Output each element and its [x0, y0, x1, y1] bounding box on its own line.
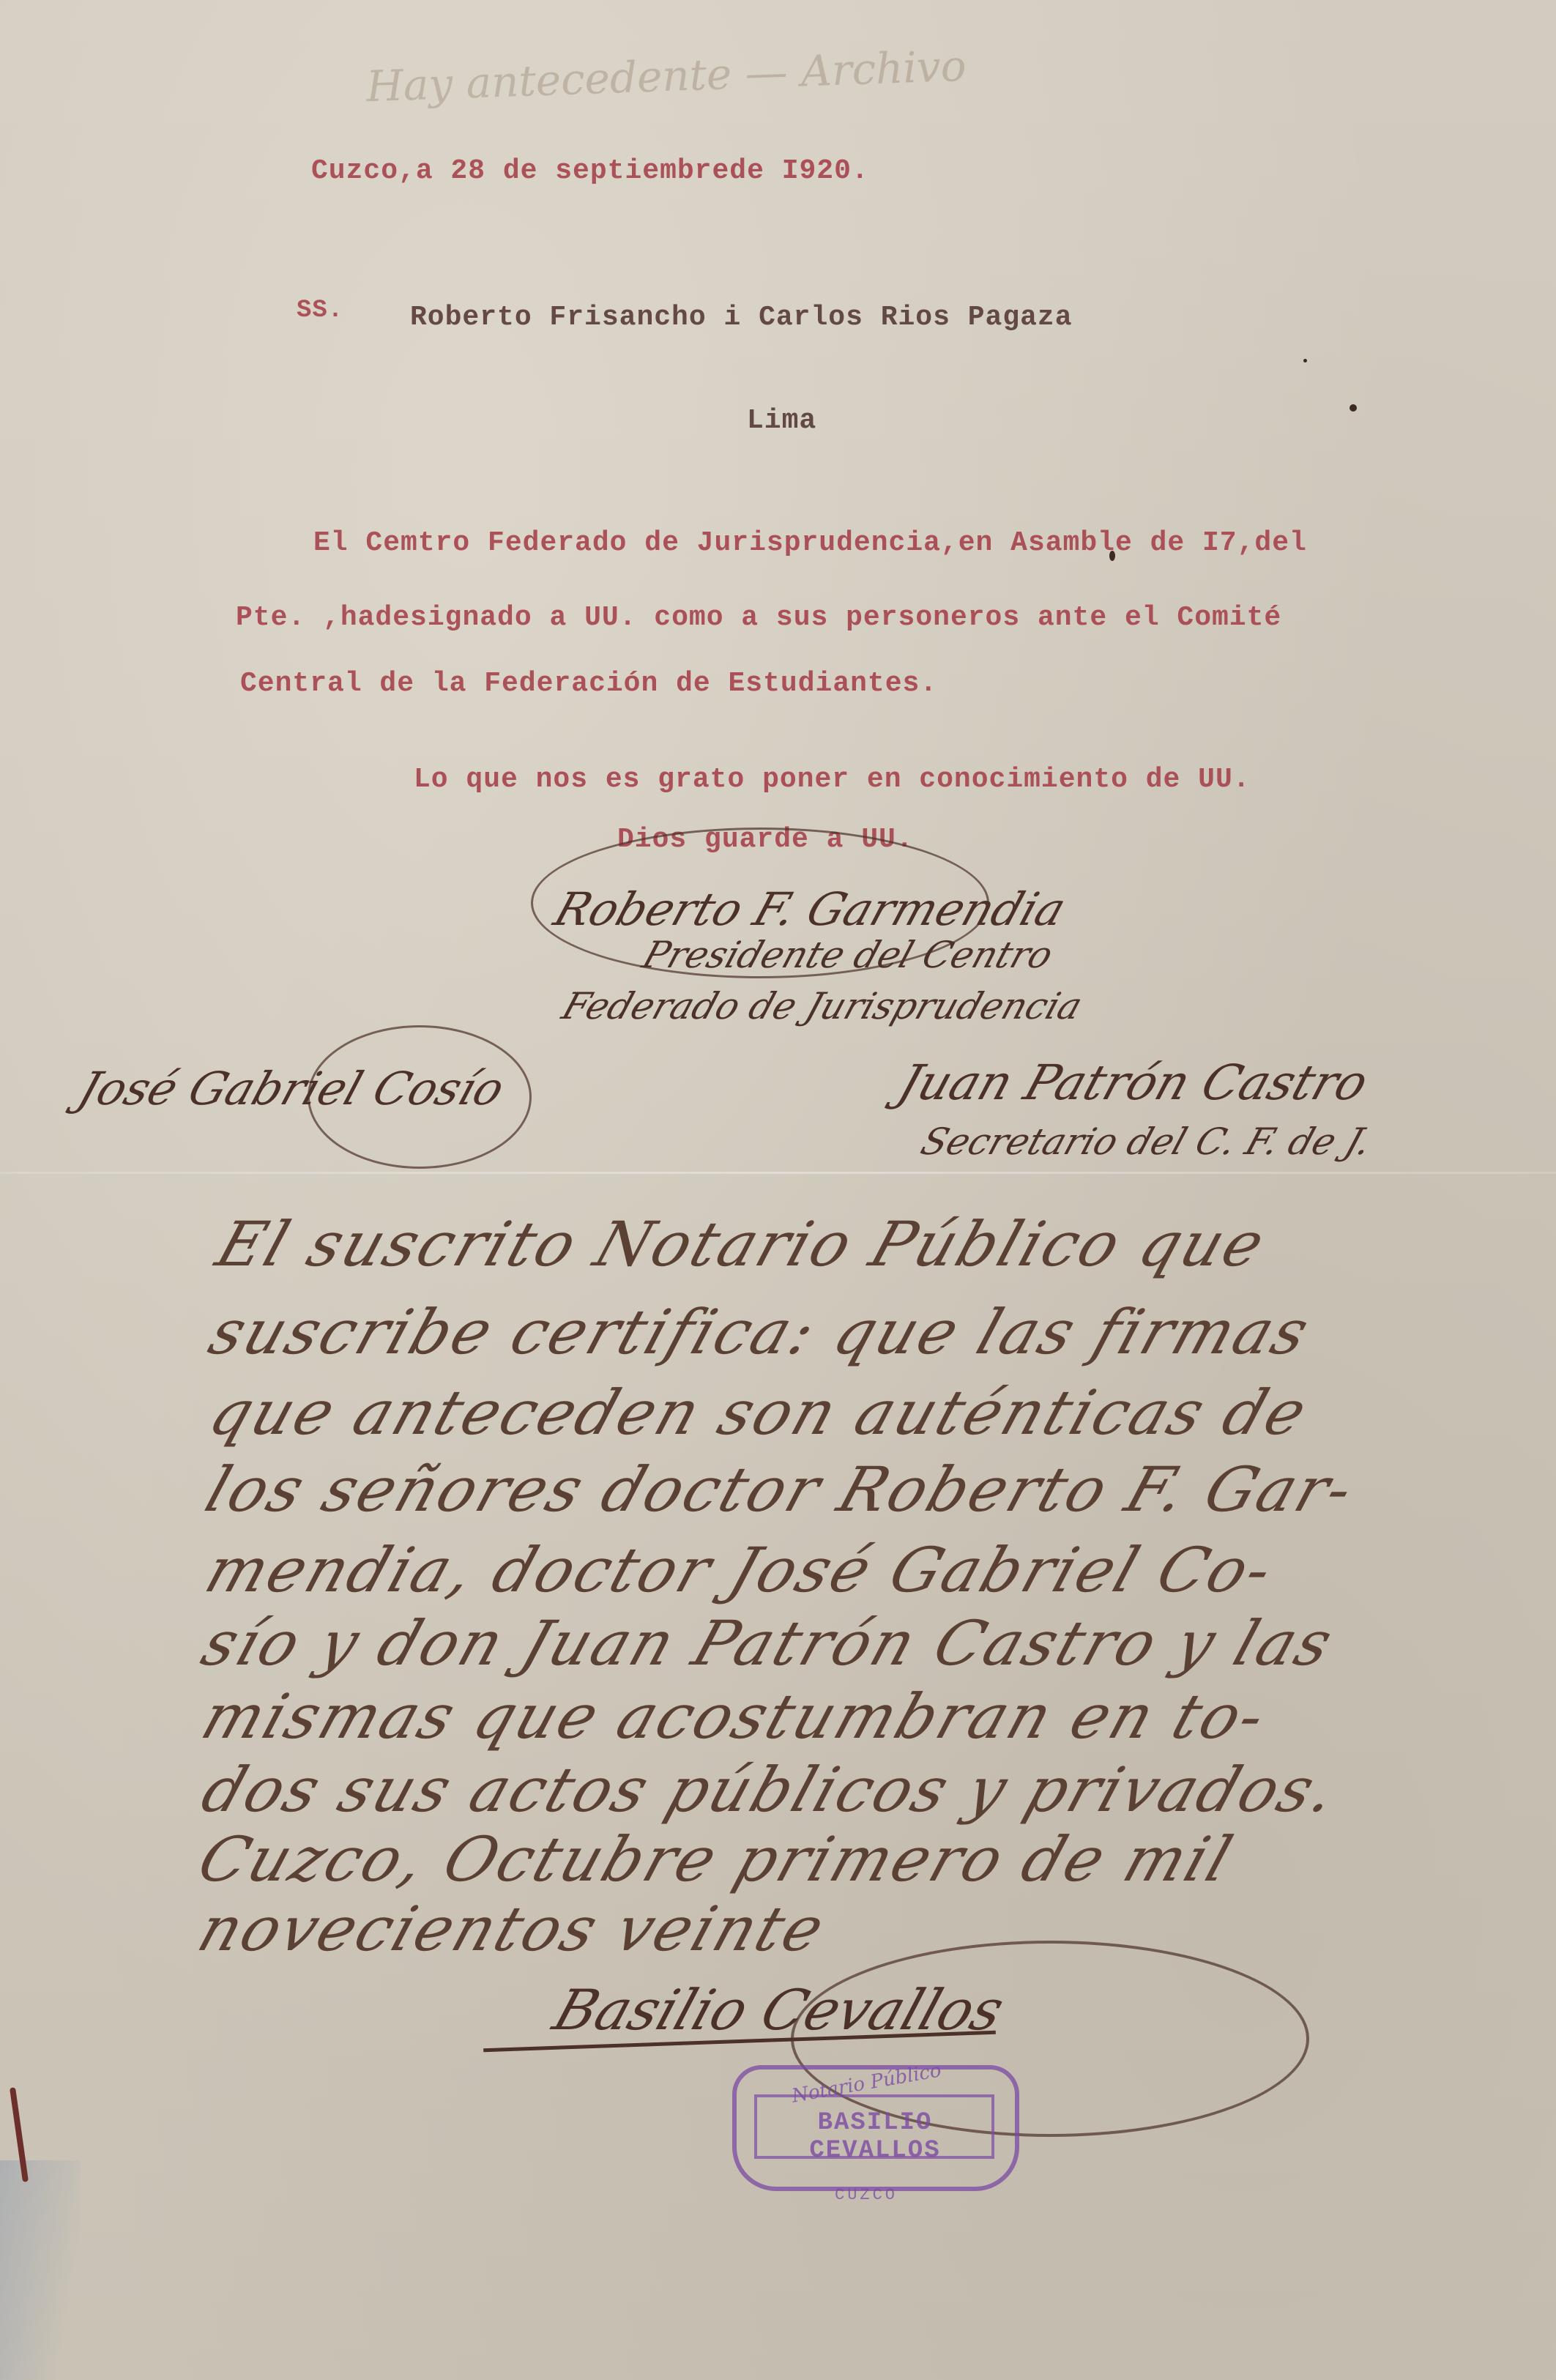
president-title-line-2: Federado de Jurisprudencia	[557, 985, 1088, 1027]
recipient-city: Lima	[747, 405, 816, 436]
ink-speck	[1303, 359, 1307, 362]
body-line-2: Pte. ,hadesignado a UU. como a sus perso…	[236, 602, 1281, 633]
body-line-1: El Cemtro Federado de Jurisprudencia,en …	[313, 527, 1307, 559]
stamp-city: CUZCO	[835, 2186, 898, 2204]
ink-speck	[1109, 551, 1115, 561]
certification-line-9: Cuzco, Octubre primero de mil	[190, 1823, 1243, 1895]
date-line: Cuzco,a 28 de septiembrede I920.	[311, 155, 869, 187]
certification-line-2: suscribe certifica: que las firmas	[201, 1296, 1319, 1368]
president-title-line-1: Presidente del Centro	[638, 934, 1059, 976]
pencil-annotation: Hay antecedente — Archivo	[365, 41, 967, 112]
paper-fold-line	[0, 1172, 1556, 1174]
secretary-signature: Juan Patrón Castro	[891, 1055, 1374, 1111]
recipients: Roberto Frisancho i Carlos Rios Pagaza	[410, 302, 1073, 333]
certification-line-3: que anteceden son auténticas de	[201, 1377, 1317, 1449]
body-line-3: Central de la Federación de Estudiantes.	[240, 668, 937, 699]
notary-stamp: Notario Público BASILIO CEVALLOS CUZCO	[674, 2028, 1069, 2226]
certification-line-10: novecientos veinte	[190, 1893, 835, 1965]
certification-line-4: los señores doctor Roberto F. Gar-	[197, 1454, 1364, 1525]
stamp-name: BASILIO CEVALLOS	[780, 2109, 970, 2165]
ink-speck	[1350, 404, 1357, 412]
salutation-prefix: SS.	[297, 297, 343, 324]
secretary-title: Secretario del C. F. de J.	[916, 1120, 1377, 1163]
certification-line-8: dos sus actos públicos y privados.	[193, 1754, 1347, 1826]
certification-line-7: mismas que acostumbran en to-	[193, 1681, 1276, 1752]
page-edge-shadow	[0, 2160, 81, 2380]
member-signature: José Gabriel Cosío	[72, 1062, 511, 1115]
closing-line-1: Lo que nos es grato poner en conocimient…	[414, 764, 1251, 795]
certification-line-5: mendia, doctor José Gabriel Co-	[197, 1534, 1283, 1606]
president-signature: Roberto F. Garmendia	[548, 882, 1073, 936]
certification-line-1: El suscrito Notario Público que	[208, 1208, 1275, 1280]
certification-line-6: sío y don Juan Patrón Castro y las	[193, 1607, 1343, 1679]
document-page: Hay antecedente — Archivo Cuzco,a 28 de …	[0, 0, 1556, 2380]
